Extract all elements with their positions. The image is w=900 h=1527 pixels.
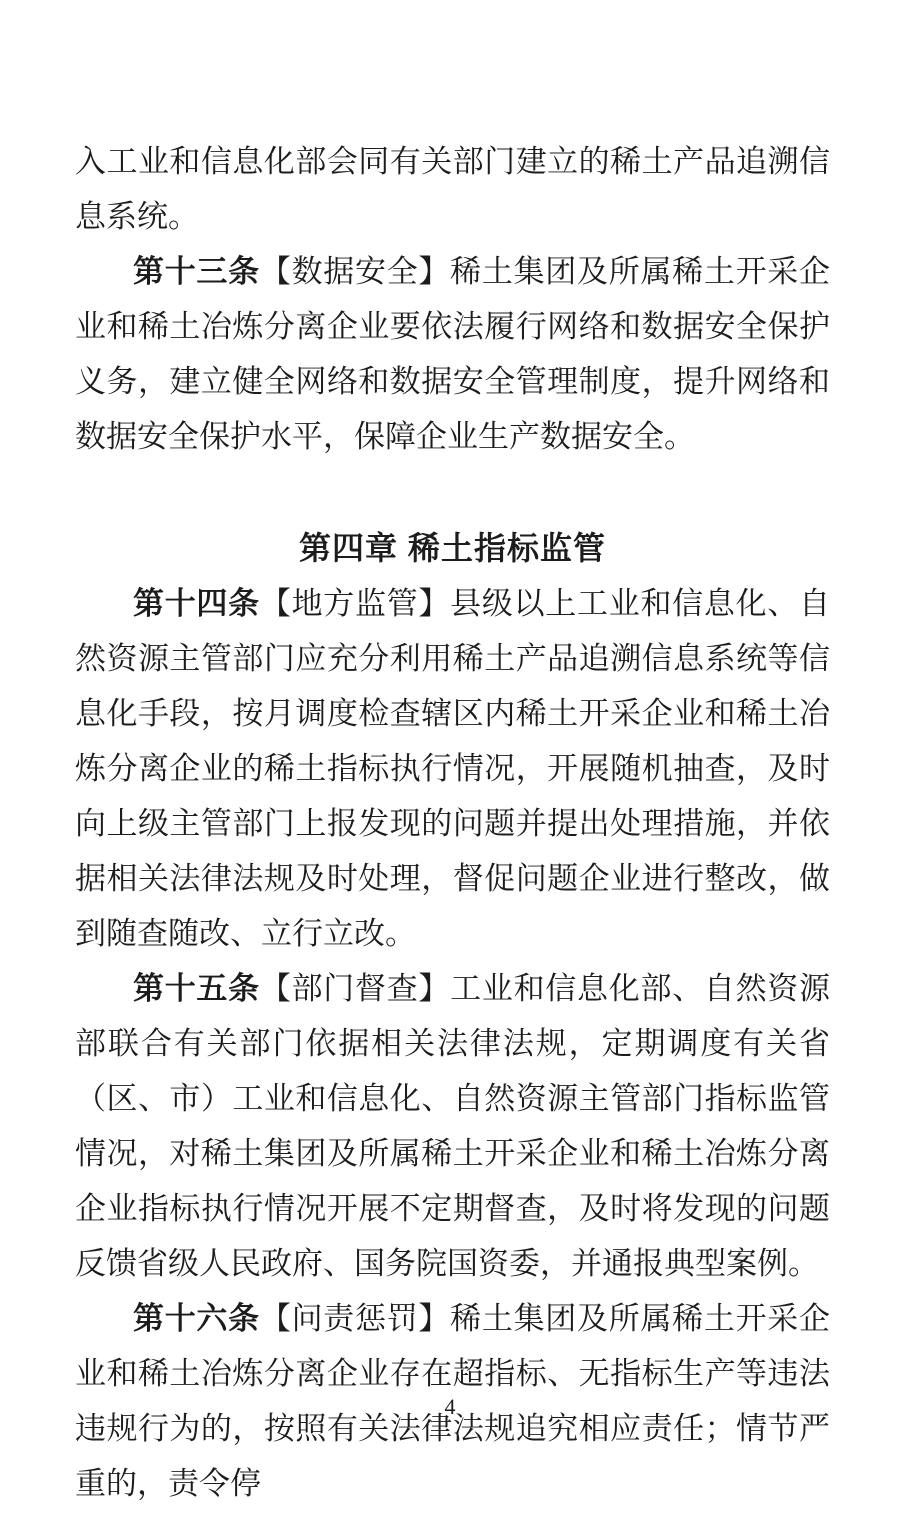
- paragraph-article-15: 第十五条【部门督查】工业和信息化部、自然资源部联合有关部门依据相关法律法规，定期…: [75, 961, 830, 1291]
- article-16-number: 第十六条: [133, 1301, 260, 1336]
- document-page: 入工业和信息化部会同有关部门建立的稀土产品追溯信息系统。 第十三条【数据安全】稀…: [0, 0, 900, 1527]
- article-15-title: 【部门督查】: [260, 971, 450, 1006]
- paragraph-article-14: 第十四条【地方监管】县级以上工业和信息化、自然资源主管部门应充分利用稀土产品追溯…: [75, 576, 830, 961]
- paragraph-article-13: 第十三条【数据安全】稀土集团及所属稀土开采企业和稀土冶炼分离企业要依法履行网络和…: [75, 244, 830, 464]
- chapter-4-heading: 第四章 稀土指标监管: [75, 521, 830, 576]
- article-14-body: 县级以上工业和信息化、自然资源主管部门应充分利用稀土产品追溯信息系统等信息化手段…: [75, 586, 830, 951]
- article-14-title: 【地方监管】: [260, 586, 450, 621]
- paragraph-continuation-text: 入工业和信息化部会同有关部门建立的稀土产品追溯信息系统。: [75, 144, 830, 234]
- article-15-number: 第十五条: [133, 971, 260, 1006]
- paragraph-continuation: 入工业和信息化部会同有关部门建立的稀土产品追溯信息系统。: [75, 134, 830, 244]
- article-14-number: 第十四条: [133, 586, 260, 621]
- document-text-block: 入工业和信息化部会同有关部门建立的稀土产品追溯信息系统。 第十三条【数据安全】稀…: [0, 0, 900, 1511]
- article-16-title: 【问责惩罚】: [260, 1301, 450, 1336]
- article-13-number: 第十三条: [133, 254, 260, 289]
- page-number: 4: [0, 1392, 900, 1422]
- article-13-title: 【数据安全】: [260, 254, 450, 289]
- article-15-body: 工业和信息化部、自然资源部联合有关部门依据相关法律法规，定期调度有关省（区、市）…: [75, 971, 830, 1281]
